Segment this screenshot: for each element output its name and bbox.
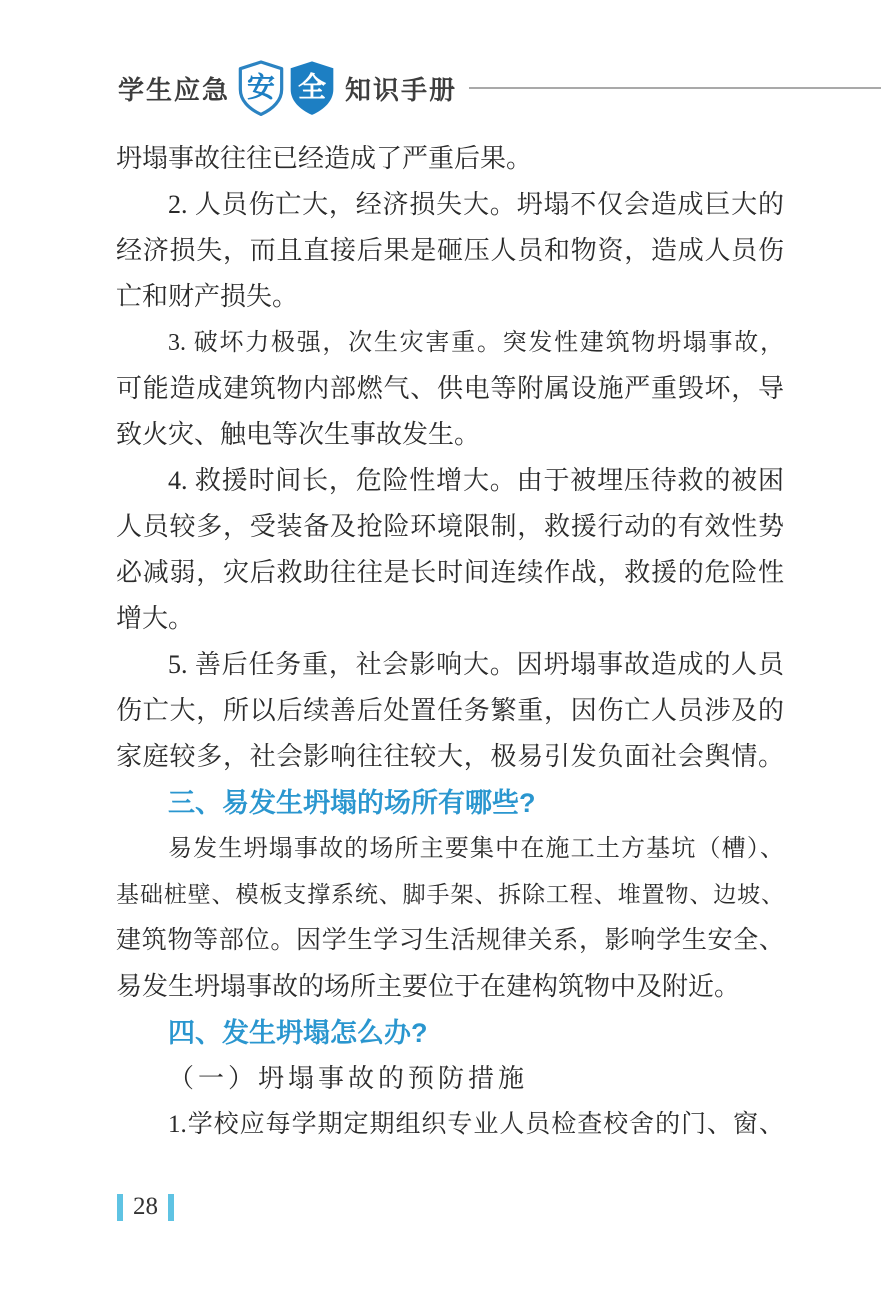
shield-solid-quan-icon: 全 xyxy=(288,60,336,116)
svg-text:全: 全 xyxy=(298,71,326,103)
body-line: 基础桩壁、模板支撑系统、脚手架、拆除工程、堆置物、边坡、 xyxy=(116,872,784,918)
page-body: 坍塌事故往往已经造成了严重后果。 2. 人员伤亡大，经济损失大。坍塌不仅会造成巨… xyxy=(116,136,784,1148)
body-line: 坍塌事故往往已经造成了严重后果。 xyxy=(116,136,784,182)
body-line: 建筑物等部位。因学生学习生活规律关系，影响学生安全、 xyxy=(116,918,784,964)
svg-text:安: 安 xyxy=(247,72,275,103)
body-line: 可能造成建筑物内部燃气、供电等附属设施严重毁坏，导 xyxy=(116,366,784,412)
body-line: 1.学校应每学期定期组织专业人员检查校舍的门、窗、 xyxy=(116,1102,784,1148)
shield-outline-an-icon: 安 xyxy=(237,60,285,116)
page-number: 28 xyxy=(133,1193,158,1221)
section-heading: 三、易发生坍塌的场所有哪些? xyxy=(116,780,784,826)
footer-bar-right-icon xyxy=(168,1194,174,1221)
body-line: 伤亡大，所以后续善后处置任务繁重，因伤亡人员涉及的 xyxy=(116,688,784,734)
body-line: 5. 善后任务重，社会影响大。因坍塌事故造成的人员 xyxy=(116,642,784,688)
subsection-heading: （一）坍塌事故的预防措施 xyxy=(116,1056,784,1102)
body-line: 人员较多，受装备及抢险环境限制，救援行动的有效性势 xyxy=(116,504,784,550)
page-footer: 28 xyxy=(117,1192,174,1222)
body-line: 易发生坍塌事故的场所主要集中在施工土方基坑（槽）、 xyxy=(116,826,784,872)
body-line: 增大。 xyxy=(116,596,784,642)
body-line: 亡和财产损失。 xyxy=(116,274,784,320)
body-line: 3. 破坏力极强，次生灾害重。突发性建筑物坍塌事故， xyxy=(116,320,784,366)
section-heading: 四、发生坍塌怎么办? xyxy=(116,1010,784,1056)
header-brand-suffix: 知识手册 xyxy=(345,70,457,107)
body-line: 易发生坍塌事故的场所主要位于在建构筑物中及附近。 xyxy=(116,964,784,1010)
page-header: 学生应急 安 全 知识手册 xyxy=(118,56,881,120)
body-line: 4. 救援时间长，危险性增大。由于被埋压待救的被困 xyxy=(116,458,784,504)
body-line: 家庭较多，社会影响往往较大，极易引发负面社会舆情。 xyxy=(116,734,784,780)
body-line: 经济损失，而且直接后果是砸压人员和物资，造成人员伤 xyxy=(116,228,784,274)
handbook-page: 学生应急 安 全 知识手册 坍塌事故往往已经造成了严重后果。 2. 人员伤亡大，… xyxy=(0,0,881,1290)
body-line: 致火灾、触电等次生事故发生。 xyxy=(116,412,784,458)
body-line: 2. 人员伤亡大，经济损失大。坍塌不仅会造成巨大的 xyxy=(116,182,784,228)
header-brand-prefix: 学生应急 xyxy=(118,70,230,107)
body-line: 必减弱，灾后救助往往是长时间连续作战，救援的危险性 xyxy=(116,550,784,596)
header-rule-line xyxy=(469,87,881,89)
footer-bar-left-icon xyxy=(117,1194,123,1221)
